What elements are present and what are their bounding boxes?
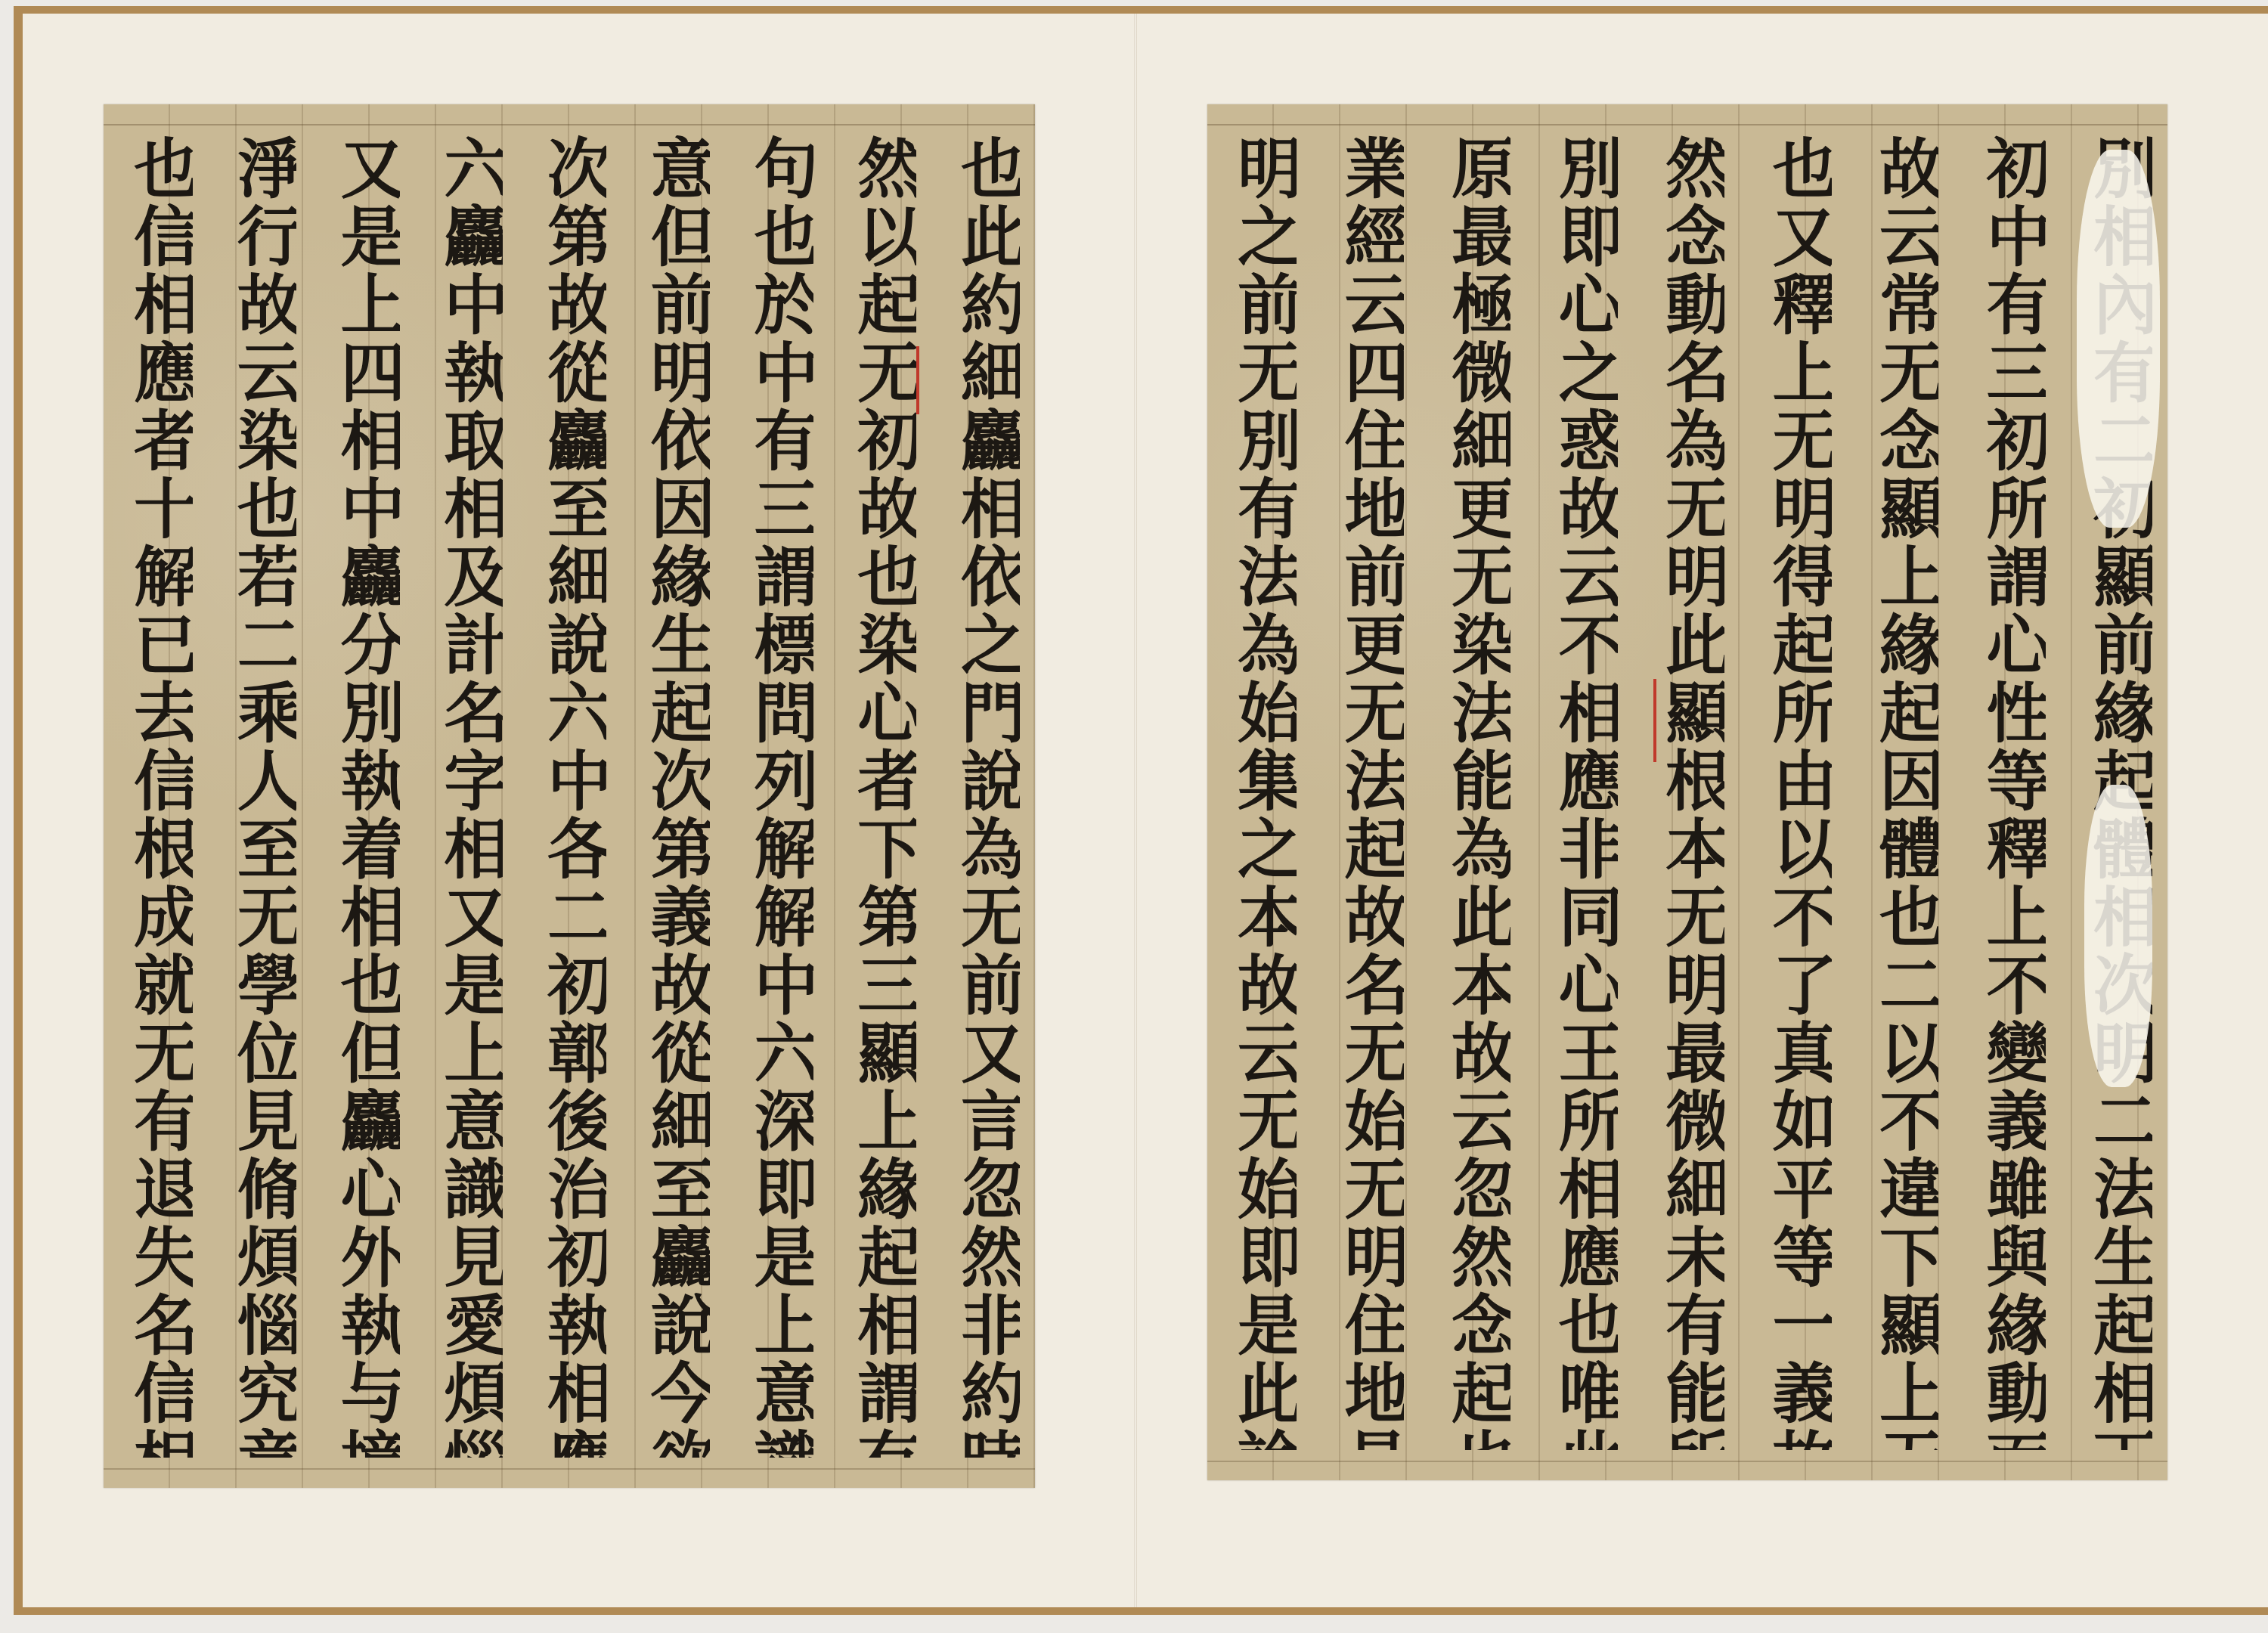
text-column: 又是上四相中麤分別執着相也但麤心外執与境相應汙其 [326, 135, 400, 1458]
text-column: 也又釋上无明得起所由以不了真如平等一義故心不相應忽 [1758, 135, 1832, 1450]
paper-damage [2077, 150, 2160, 528]
top-ruling-line [1207, 124, 2167, 125]
text-column: 故云常无念顯上緣起因體也二以不違下顯上无明緣起之由 [1864, 135, 1938, 1450]
text-column: 別即心之惑故云不相應非同心王所相應也唯此无明為染法之 [1544, 135, 1618, 1450]
left-manuscript-leaf: 也此約細麤相依之門說為无前又言忽然非約時節以說忽 然以起无初故也染心者下第三顯上… [104, 104, 1035, 1488]
bottom-ruling-line [1207, 1461, 2167, 1462]
right-manuscript-leaf: 別相內有二初顯前緣起體相次明二法生起相下更重料簡 初中有三初所謂心性等釋上不變義… [1207, 104, 2167, 1480]
right-leaf-columns: 別相內有二初顯前緣起體相次明二法生起相下更重料簡 初中有三初所謂心性等釋上不變義… [1222, 135, 2152, 1450]
left-leaf-columns: 也此約細麤相依之門說為无前又言忽然非約時節以說忽 然以起无初故也染心者下第三顯上… [119, 135, 1020, 1458]
text-column: 也此約細麤相依之門說為无前又言忽然非約時節以說忽 [946, 135, 1020, 1458]
red-annotation-mark [916, 346, 919, 414]
text-column: 意但前明依因緣生起次第義故從細至麤說今欲弁治斷 [636, 135, 710, 1458]
text-column: 也信相應者十解已去信根成就无有退失名信相應故地論 [119, 135, 193, 1458]
text-column: 原最極微細更无染法能為此本故云忽然念起也如瓔珞本 [1436, 135, 1510, 1450]
center-fold [1134, 14, 1137, 1607]
text-column: 初中有三初所謂心性等釋上不變義雖與緣動而本來靜 [1972, 135, 2046, 1450]
text-column: 然以起无初故也染心者下第三顯上緣起相謂有其染心之 [842, 135, 916, 1458]
text-column: 次第故從麤至細說六中各二初鄣後治初執相應染者是 [532, 135, 606, 1458]
text-column: 淨行故云染也若二乘人至无學位見脩煩惱究竟遠離 [222, 135, 296, 1458]
paper-damage [2084, 785, 2152, 1087]
text-column: 明之前无別有法為始集之本故云无始即是此論忽然義 [1222, 135, 1297, 1450]
bottom-ruling-line [104, 1468, 1035, 1470]
text-column: 然念動名為无明此顯根本无明最微細未有能所王數差 [1650, 135, 1724, 1450]
top-ruling-line [104, 124, 1035, 125]
red-annotation-mark [1653, 679, 1656, 762]
text-column: 六麤中執取相及計名字相又是上意識見愛煩惱所增長義 [429, 135, 503, 1458]
text-column: 句也於中有三謂標問列解解中六深即是上意識及五種 [739, 135, 813, 1458]
text-column: 業經云四住地前更无法起故名无始无明住地是則明其无 [1330, 135, 1404, 1450]
